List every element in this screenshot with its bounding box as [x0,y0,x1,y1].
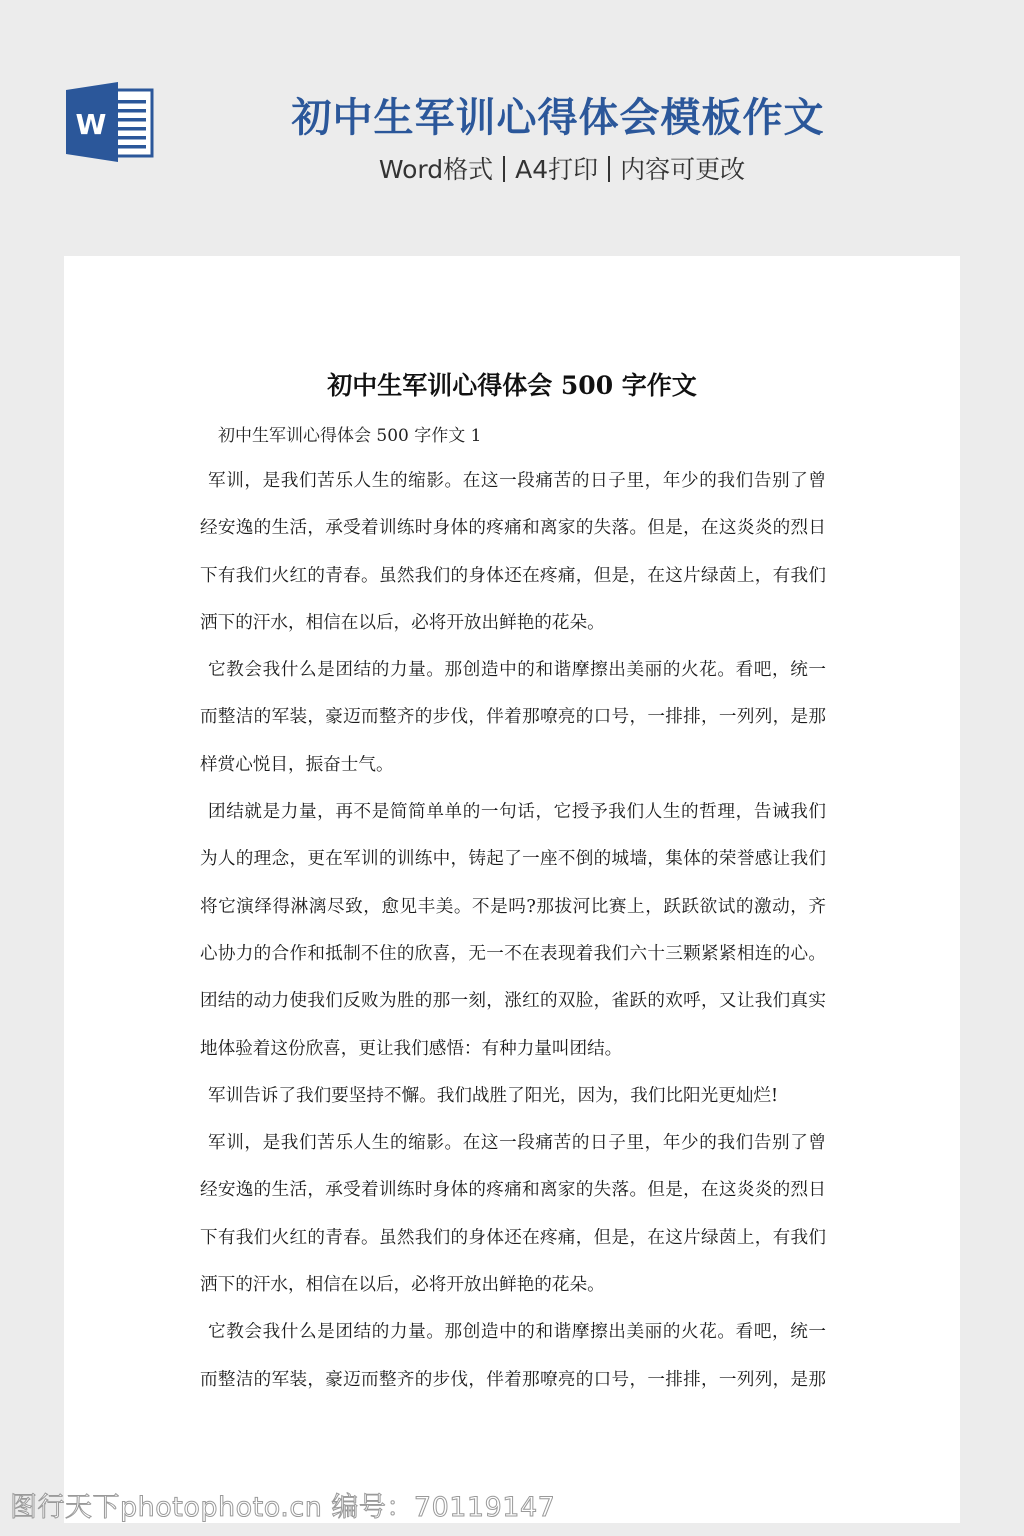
document-body: 军训，是我们苦乐人生的缩影。在这一段痛苦的日子里，年少的我们告别了曾经安逸的生活… [200,469,826,1415]
text-line: 它教会我什么是团结的力量。那创造中的和谐摩擦出美丽的火花。看吧，统一 [200,658,826,705]
subtitle-print: A4打印 [515,155,598,184]
separator [503,156,505,182]
separator [608,156,610,182]
text-line: 洒下的汗水，相信在以后，必将开放出鲜艳的花朵。 [200,1273,826,1320]
text-line: 军训，是我们苦乐人生的缩影。在这一段痛苦的日子里，年少的我们告别了曾 [200,1131,826,1178]
text-line: 为人的理念，更在军训的训练中，铸起了一座不倒的城墙，集体的荣誉感让我们 [200,847,826,894]
text-line: 下有我们火红的青春。虽然我们的身体还在疼痛，但是，在这片绿茵上，有我们 [200,564,826,611]
text-line: 地体验着这份欣喜，更让我们感悟：有种力量叫团结。 [200,1037,826,1084]
document-title: 初中生军训心得体会 500 字作文 [64,368,960,404]
text-line: 洒下的汗水，相信在以后，必将开放出鲜艳的花朵。 [200,611,826,658]
subtitle-format: Word格式 [379,155,493,184]
text-line: 而整洁的军装，豪迈而整齐的步伐，伴着那嘹亮的口号，一排排，一列列，是那 [200,705,826,752]
text-line: 军训，是我们苦乐人生的缩影。在这一段痛苦的日子里，年少的我们告别了曾 [200,469,826,516]
header-subtitle: Word格式A4打印内容可更改 [0,152,1024,188]
header-title: 初中生军训心得体会模板作文 [0,92,1024,144]
text-line: 样赏心悦目，振奋士气。 [200,753,826,800]
text-line: 下有我们火红的青春。虽然我们的身体还在疼痛，但是，在这片绿茵上，有我们 [200,1226,826,1273]
document-page: 初中生军训心得体会 500 字作文 初中生军训心得体会 500 字作文 1 军训… [64,256,960,1523]
text-line: 团结的动力使我们反败为胜的那一刻，涨红的双脸，雀跃的欢呼，又让我们真实 [200,989,826,1036]
text-line: 将它演绎得淋漓尽致，愈见丰美。不是吗?那拔河比赛上，跃跃欲试的激动，齐 [200,895,826,942]
text-line: 而整洁的军装，豪迈而整齐的步伐，伴着那嘹亮的口号，一排排，一列列，是那 [200,1368,826,1415]
text-line: 心协力的合作和抵制不住的欣喜，无一不在表现着我们六十三颗紧紧相连的心。 [200,942,826,989]
watermark: 图行天下photophoto.cn 编号：70119147 [10,1490,555,1526]
document-subheading: 初中生军训心得体会 500 字作文 1 [218,424,481,448]
text-line: 经安逸的生活，承受着训练时身体的疼痛和离家的失落。但是，在这炎炎的烈日 [200,1178,826,1225]
subtitle-editable: 内容可更改 [620,155,745,184]
text-line: 它教会我什么是团结的力量。那创造中的和谐摩擦出美丽的火花。看吧，统一 [200,1320,826,1367]
text-line: 军训告诉了我们要坚持不懈。我们战胜了阳光，因为，我们比阳光更灿烂! [200,1084,826,1131]
text-line: 团结就是力量，再不是简简单单的一句话，它授予我们人生的哲理，告诫我们 [200,800,826,847]
text-line: 经安逸的生活，承受着训练时身体的疼痛和离家的失落。但是，在这炎炎的烈日 [200,516,826,563]
